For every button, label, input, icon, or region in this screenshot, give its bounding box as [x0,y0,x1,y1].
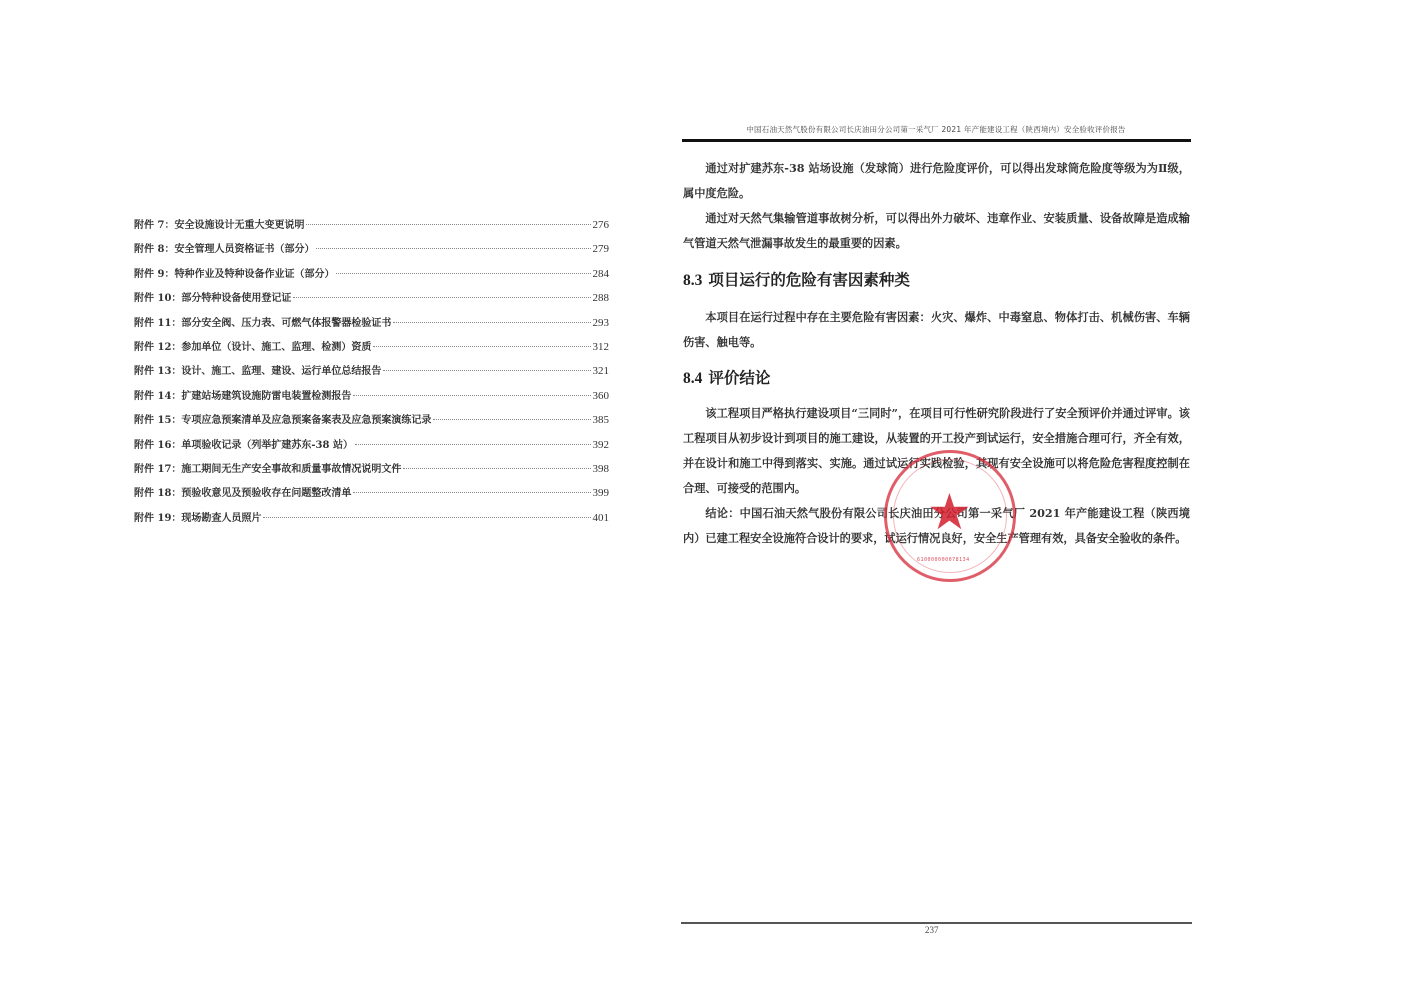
toc-entry-page: 401 [593,512,610,524]
section-heading-8-3: 8.3项目运行的危险有害因素种类 [683,268,910,290]
toc-leader-dots [293,297,590,298]
appendix-toc: 附件 7：安全设施设计无重大变更说明276附件 8：安全管理人员资格证书（部分）… [134,216,609,533]
paragraph-conclusion: 结论：中国石油天然气股份有限公司长庆油田分公司第一采气厂 2021 年产能建设工… [683,501,1190,551]
toc-entry[interactable]: 附件 7：安全设施设计无重大变更说明276 [134,216,609,240]
paragraph-three-simultaneous: 该工程项目严格执行建设项目“三同时”，在项目可行性研究阶段进行了安全预评价并通过… [683,401,1190,501]
toc-entry-label: 附件 15：专项应急预案清单及应急预案备案表及应急预案演练记录 [134,411,431,426]
section-heading-8-4: 8.4评价结论 [683,366,770,388]
toc-entry-page: 360 [593,390,610,402]
toc-leader-dots [316,248,590,249]
toc-entry[interactable]: 附件 13：设计、施工、监理、建设、运行单位总结报告321 [134,362,609,386]
footer-rule [681,922,1192,924]
toc-entry-label: 附件 17：施工期间无生产安全事故和质量事故情况说明文件 [134,460,401,475]
section-number: 8.3 [683,272,702,289]
toc-entry-label: 附件 13：设计、施工、监理、建设、运行单位总结报告 [134,362,381,377]
toc-entry-page: 385 [593,414,610,426]
toc-entry-label: 附件 7：安全设施设计无重大变更说明 [134,216,304,231]
toc-leader-dots [373,346,590,347]
toc-entry[interactable]: 附件 17：施工期间无生产安全事故和质量事故情况说明文件398 [134,460,609,484]
toc-entry[interactable]: 附件 18：预验收意见及预验收存在问题整改清单399 [134,484,609,508]
toc-entry-label: 附件 18：预验收意见及预验收存在问题整改清单 [134,484,351,499]
toc-entry-label: 附件 14：扩建站场建筑设施防雷电装置检测报告 [134,387,351,402]
toc-entry[interactable]: 附件 8：安全管理人员资格证书（部分）279 [134,240,609,264]
toc-leader-dots [393,322,590,323]
toc-entry-label: 附件 12：参加单位（设计、施工、监理、检测）资质 [134,338,371,353]
toc-entry-page: 399 [593,487,610,499]
toc-entry-page: 279 [593,243,610,255]
toc-entry[interactable]: 附件 15：专项应急预案清单及应急预案备案表及应急预案演练记录385 [134,411,609,435]
left-page: 附件 7：安全设施设计无重大变更说明276附件 8：安全管理人员资格证书（部分）… [0,0,700,994]
toc-entry[interactable]: 附件 9：特种作业及特种设备作业证（部分）284 [134,265,609,289]
body-block-1: 通过对扩建苏东-38 站场设施（发球筒）进行危险度评价，可以得出发球筒危险度等级… [683,156,1190,256]
toc-leader-dots [306,224,590,225]
toc-leader-dots [403,468,590,469]
paragraph-fault-tree: 通过对天然气集输管道事故树分析，可以得出外力破坏、违章作业、安装质量、设备故障是… [683,206,1190,256]
toc-leader-dots [355,444,591,445]
section-title: 评价结论 [708,368,770,387]
toc-entry[interactable]: 附件 11：部分安全阀、压力表、可燃气体报警器检验证书293 [134,314,609,338]
toc-entry-page: 312 [593,341,610,353]
toc-entry[interactable]: 附件 12：参加单位（设计、施工、监理、检测）资质312 [134,338,609,362]
toc-leader-dots [263,517,590,518]
toc-entry-label: 附件 9：特种作业及特种设备作业证（部分） [134,265,334,280]
body-block-3: 该工程项目严格执行建设项目“三同时”，在项目可行性研究阶段进行了安全预评价并通过… [683,401,1190,551]
toc-leader-dots [336,273,590,274]
paragraph-hazard-factors: 本项目在运行过程中存在主要危险有害因素：火灾、爆炸、中毒窒息、物体打击、机械伤害… [683,305,1190,355]
toc-entry-label: 附件 8：安全管理人员资格证书（部分） [134,240,314,255]
toc-leader-dots [353,395,590,396]
toc-entry-page: 392 [593,439,610,451]
toc-entry[interactable]: 附件 16：单项验收记录（列举扩建苏东-38 站）392 [134,436,609,460]
toc-entry-page: 288 [593,292,610,304]
page-number: 237 [925,925,939,935]
toc-entry[interactable]: 附件 10：部分特种设备使用登记证288 [134,289,609,313]
toc-entry-label: 附件 10：部分特种设备使用登记证 [134,289,291,304]
toc-entry-page: 284 [593,268,610,280]
paragraph-risk-grade: 通过对扩建苏东-38 站场设施（发球筒）进行危险度评价，可以得出发球筒危险度等级… [683,156,1190,206]
toc-leader-dots [353,492,590,493]
toc-entry-page: 321 [593,365,610,377]
header-rule [682,139,1191,142]
body-block-2: 本项目在运行过程中存在主要危险有害因素：火灾、爆炸、中毒窒息、物体打击、机械伤害… [683,305,1190,355]
toc-entry-page: 398 [593,463,610,475]
toc-leader-dots [383,370,590,371]
toc-entry-label: 附件 19：现场勘查人员照片 [134,509,261,524]
toc-entry-page: 293 [593,317,610,329]
running-header: 中国石油天然气股份有限公司长庆油田分公司第一采气厂 2021 年产能建设工程（陕… [682,124,1190,135]
section-number: 8.4 [683,370,702,387]
toc-entry[interactable]: 附件 14：扩建站场建筑设施防雷电装置检测报告360 [134,387,609,411]
toc-entry-label: 附件 16：单项验收记录（列举扩建苏东-38 站） [134,436,353,451]
toc-leader-dots [433,419,590,420]
section-title: 项目运行的危险有害因素种类 [708,270,910,289]
toc-entry-label: 附件 11：部分安全阀、压力表、可燃气体报警器检验证书 [134,314,391,329]
toc-entry[interactable]: 附件 19：现场勘查人员照片401 [134,509,609,533]
toc-entry-page: 276 [593,219,610,231]
